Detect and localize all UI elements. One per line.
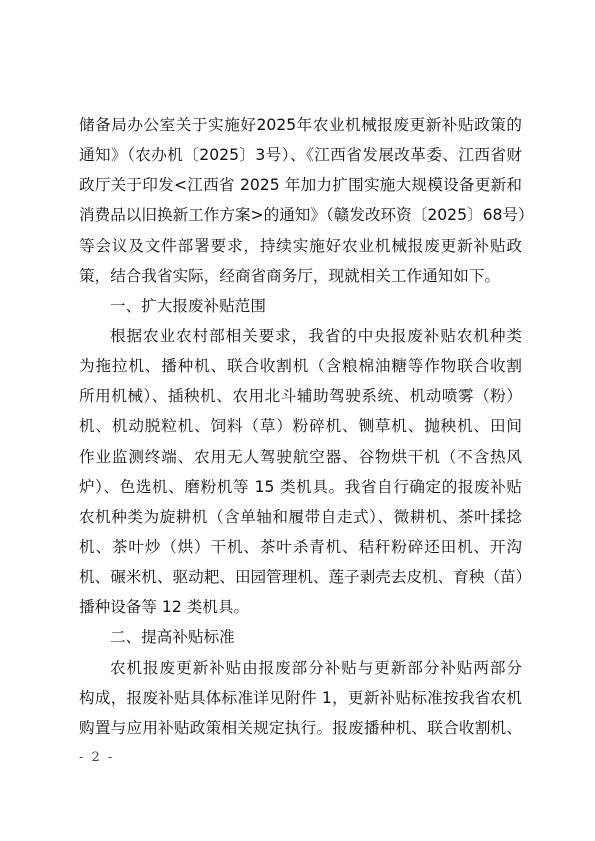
text-line: 机、机动脱粒机、饲料（草）粉碎机、铡草机、抛秧机、田间 bbox=[79, 411, 522, 441]
text-line: 策，结合我省实际，经商省商务厅，现就相关工作通知如下。 bbox=[79, 261, 522, 291]
text-line: 农机种类为旋耕机（含单轴和履带自走式）、微耕机、茶叶揉捻 bbox=[79, 502, 522, 532]
text-line: 购置与应用补贴政策相关规定执行。报废播种机、联合收割机、 bbox=[79, 713, 522, 743]
text-line: 为拖拉机、播种机、联合收割机（含粮棉油糖等作物联合收割 bbox=[79, 351, 522, 381]
text-line: 机、碾米机、驱动耙、田园管理机、莲子剥壳去皮机、育秧（苗） bbox=[79, 562, 522, 592]
section-heading-raise-standard: 二、提高补贴标准 bbox=[79, 622, 522, 652]
section-heading-expand-scope: 一、扩大报废补贴范围 bbox=[79, 291, 522, 321]
text-line: 炉）、色选机、磨粉机等 15 类机具。我省自行确定的报废补贴 bbox=[79, 472, 522, 502]
text-line: 等会议及文件部署要求，持续实施好农业机械报废更新补贴政 bbox=[79, 231, 522, 261]
page-number: - 2 - bbox=[79, 750, 114, 765]
document-body: 储备局办公室关于实施好2025年农业机械报废更新补贴政策的 通知》（农办机〔20… bbox=[79, 110, 522, 743]
text-line: 构成，报废补贴具体标准详见附件 1，更新补贴标准按我省农机 bbox=[79, 683, 522, 713]
text-line: 播种设备等 12 类机具。 bbox=[79, 592, 522, 622]
intro-paragraph: 储备局办公室关于实施好2025年农业机械报废更新补贴政策的 通知》（农办机〔20… bbox=[79, 110, 522, 291]
section2-paragraph: 农机报废更新补贴由报废部分补贴与更新部分补贴两部分 构成，报废补贴具体标准详见附… bbox=[79, 653, 522, 743]
section1-paragraph: 根据农业农村部相关要求，我省的中央报废补贴农机种类 为拖拉机、播种机、联合收割机… bbox=[79, 321, 522, 622]
text-line: 作业监测终端、农用无人驾驶航空器、谷物烘干机（不含热风 bbox=[79, 442, 522, 472]
document-page: 储备局办公室关于实施好2025年农业机械报废更新补贴政策的 通知》（农办机〔20… bbox=[0, 0, 595, 841]
text-line: 储备局办公室关于实施好2025年农业机械报废更新补贴政策的 bbox=[79, 110, 522, 140]
text-line: 机、茶叶炒（烘）干机、茶叶杀青机、秸秆粉碎还田机、开沟 bbox=[79, 532, 522, 562]
text-line: 政厅关于印发<江西省 2025 年加力扩围实施大规模设备更新和 bbox=[79, 170, 522, 200]
text-line: 所用机械）、插秧机、农用北斗辅助驾驶系统、机动喷雾（粉） bbox=[79, 381, 522, 411]
text-line: 消费品以旧换新工作方案>的通知》（赣发改环资〔2025〕68号） bbox=[79, 200, 522, 230]
text-line: 农机报废更新补贴由报废部分补贴与更新部分补贴两部分 bbox=[79, 653, 522, 683]
text-line: 通知》（农办机〔2025〕3号）、《江西省发展改革委、江西省财 bbox=[79, 140, 522, 170]
text-line: 根据农业农村部相关要求，我省的中央报废补贴农机种类 bbox=[79, 321, 522, 351]
